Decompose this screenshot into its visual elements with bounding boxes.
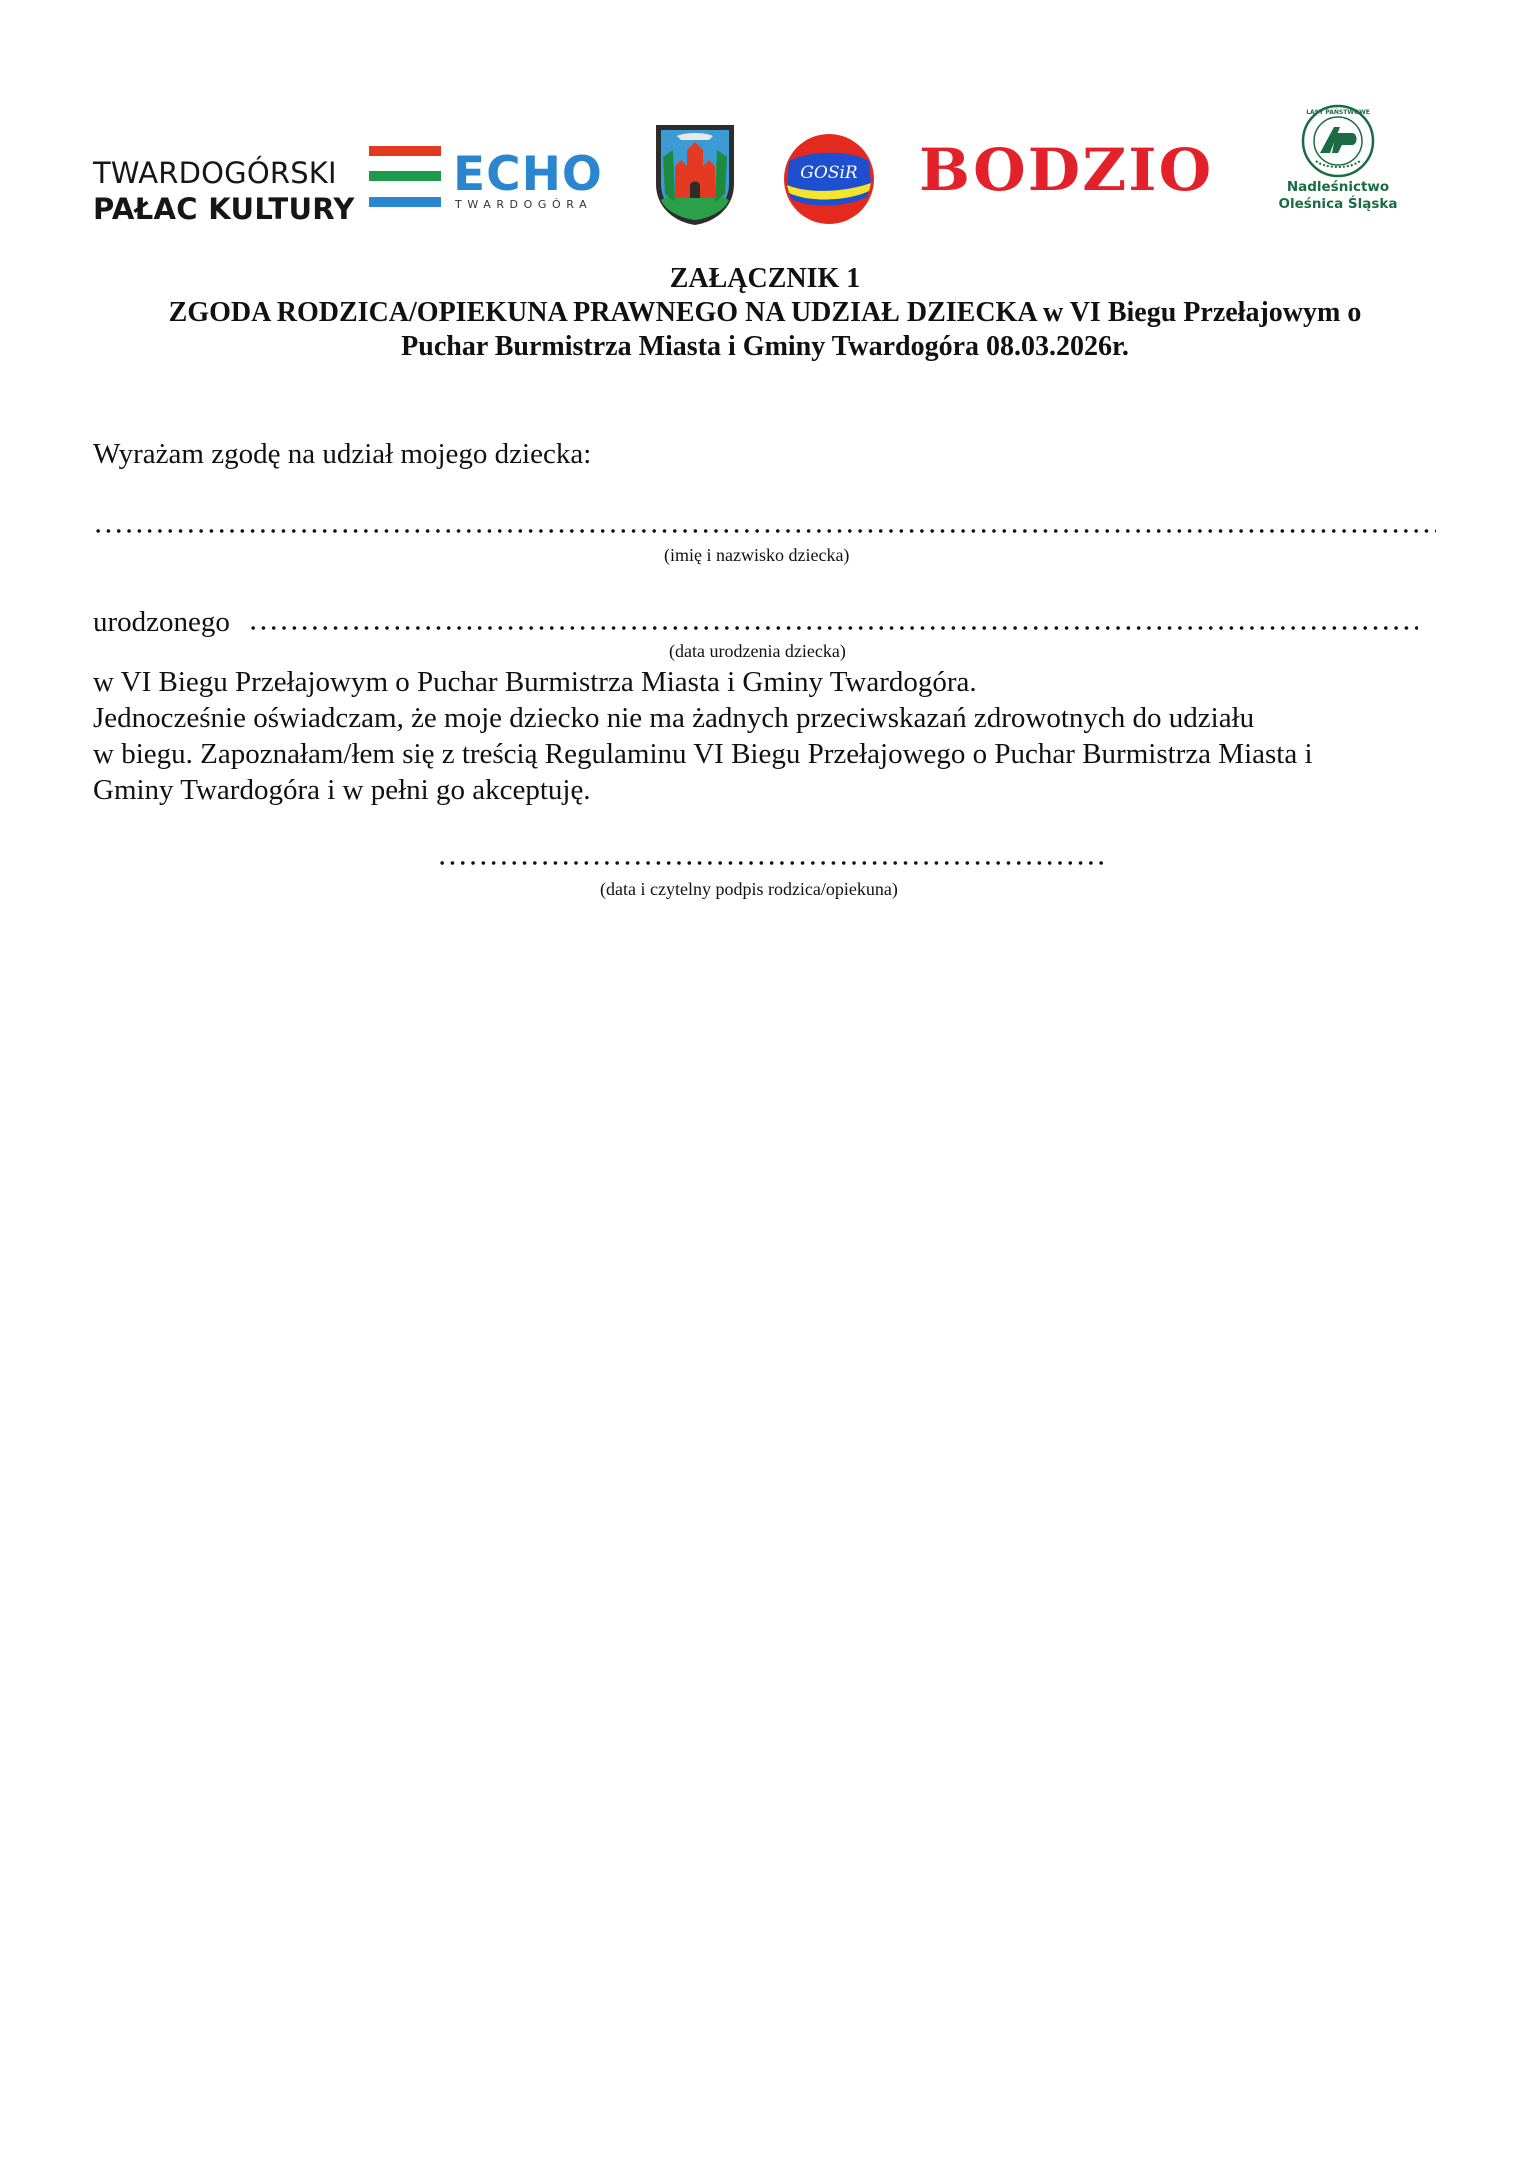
parent-signature-caption: (data i czytelny podpis rodzica/opiekuna… — [600, 878, 898, 900]
consent-title-line1: ZGODA RODZICA/OPIEKUNA PRAWNEGO NA UDZIA… — [60, 296, 1470, 330]
body-line: Gminy Twardogóra i w pełni go akceptuję. — [93, 772, 591, 808]
lasy-panstwowe-nadlesnictwo-logo: LASY PAŃSTWOWE Nadleśnictwo Oleśnica Ślą… — [1268, 103, 1408, 221]
echo-twardogora-logo: ECHO TWARDOGÓRA — [369, 146, 609, 218]
consent-intro: Wyrażam zgodę na udział mojego dziecka: — [93, 436, 591, 472]
child-birthdate-caption: (data urodzenia dziecka) — [669, 640, 846, 662]
lasy-panstwowe-emblem-icon: LASY PAŃSTWOWE — [1300, 103, 1376, 179]
echo-subtitle: TWARDOGÓRA — [455, 198, 592, 211]
echo-wordmark: ECHO — [453, 151, 603, 199]
olesnica-slaska-label: Oleśnica Śląska — [1268, 196, 1408, 213]
logo-line2: PAŁAC KULTURY — [93, 191, 355, 227]
consent-title-line2: Puchar Burmistrza Miasta i Gminy Twardog… — [60, 330, 1470, 364]
echo-blue-bar — [369, 197, 441, 207]
bodzio-logo: BODZIO — [919, 137, 1213, 203]
nadlesnictwo-label: Nadleśnictwo — [1268, 179, 1408, 196]
born-label: urodzonego — [93, 604, 230, 640]
child-name-caption: (imię i nazwisko dziecka) — [664, 544, 849, 566]
svg-text:GOSiR: GOSiR — [800, 163, 858, 183]
logo-line1: TWARDOGÓRSKI — [93, 155, 355, 191]
attachment-title: ZAŁĄCZNIK 1 — [60, 262, 1470, 296]
parent-signature-field[interactable] — [437, 860, 1105, 866]
twardogorski-palac-kultury-logo: TWARDOGÓRSKI PAŁAC KULTURY — [93, 155, 355, 227]
town-coat-of-arms-icon — [653, 122, 737, 226]
body-line: Jednocześnie oświadczam, że moje dziecko… — [93, 700, 1254, 736]
gosir-ball-logo-icon: GOSiR — [783, 133, 875, 225]
body-line: w VI Biegu Przełajowym o Puchar Burmistr… — [93, 664, 977, 700]
child-birthdate-field[interactable] — [248, 625, 1418, 631]
body-line: w biegu. Zapoznałam/łem się z treścią Re… — [93, 736, 1313, 772]
child-name-field[interactable] — [93, 528, 1436, 534]
svg-text:LASY PAŃSTWOWE: LASY PAŃSTWOWE — [1306, 108, 1370, 116]
document-page: TWARDOGÓRSKI PAŁAC KULTURY ECHO TWARDOGÓ… — [0, 0, 1530, 2164]
echo-green-bar — [369, 171, 441, 181]
echo-red-bar — [369, 146, 441, 156]
document-heading: ZAŁĄCZNIK 1 ZGODA RODZICA/OPIEKUNA PRAWN… — [60, 262, 1470, 364]
